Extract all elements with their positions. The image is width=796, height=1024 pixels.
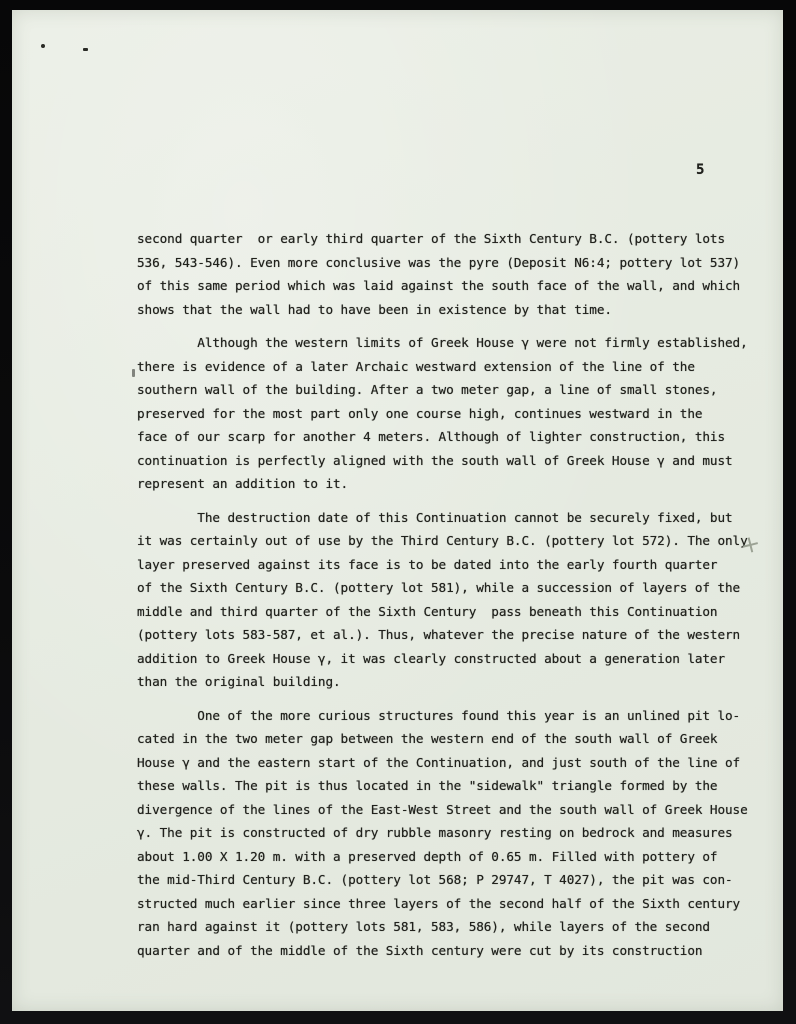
paragraph: second quarter or early third quarter of… — [137, 227, 782, 321]
paragraph: The destruction date of this Continuatio… — [137, 506, 782, 694]
page-number: 5 — [696, 162, 704, 178]
page-text-block: second quarter or early third quarter of… — [137, 227, 782, 972]
ink-speck — [41, 44, 45, 48]
document-page: 5 second quarter or early third quarter … — [12, 10, 783, 1011]
scan-background: 5 second quarter or early third quarter … — [0, 0, 796, 1024]
paragraph: One of the more curious structures found… — [137, 704, 782, 963]
ink-speck — [132, 369, 135, 377]
ink-speck — [83, 48, 88, 51]
paragraph: Although the western limits of Greek Hou… — [137, 331, 782, 496]
